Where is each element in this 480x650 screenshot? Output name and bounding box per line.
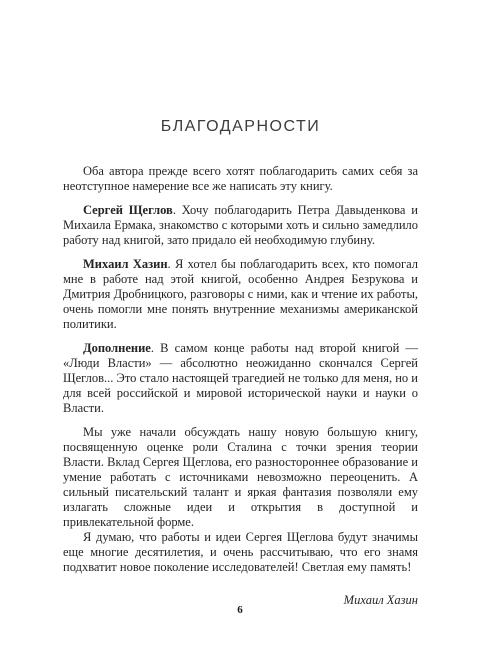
paragraph-lead: Сергей Щеглов xyxy=(83,203,173,217)
paragraph: Я думаю, что работы и идеи Сергея Щеглов… xyxy=(63,530,418,575)
paragraph-text: Мы уже начали обсуждать нашу новую больш… xyxy=(63,425,418,529)
paragraph-text: Я думаю, что работы и идеи Сергея Щеглов… xyxy=(63,530,418,574)
paragraph-text: Оба автора прежде всего хотят поблагодар… xyxy=(63,164,418,193)
page-number: 6 xyxy=(0,604,480,616)
paragraph: Мы уже начали обсуждать нашу новую больш… xyxy=(63,425,418,530)
paragraph: Михаил Хазин. Я хотел бы поблагодарить в… xyxy=(63,257,418,332)
paragraph: Оба автора прежде всего хотят поблагодар… xyxy=(63,164,418,194)
paragraph-lead: Михаил Хазин xyxy=(83,257,168,271)
chapter-title: БЛАГОДАРНОСТИ xyxy=(63,118,418,136)
paragraph-lead: Дополнение xyxy=(83,341,151,355)
paragraph: Дополнение. В самом конце работы над вто… xyxy=(63,341,418,416)
book-page: БЛАГОДАРНОСТИ Оба автора прежде всего хо… xyxy=(0,0,480,650)
text-block: БЛАГОДАРНОСТИ Оба автора прежде всего хо… xyxy=(63,118,418,608)
paragraph: Сергей Щеглов. Хочу поблагодарить Петра … xyxy=(63,203,418,248)
